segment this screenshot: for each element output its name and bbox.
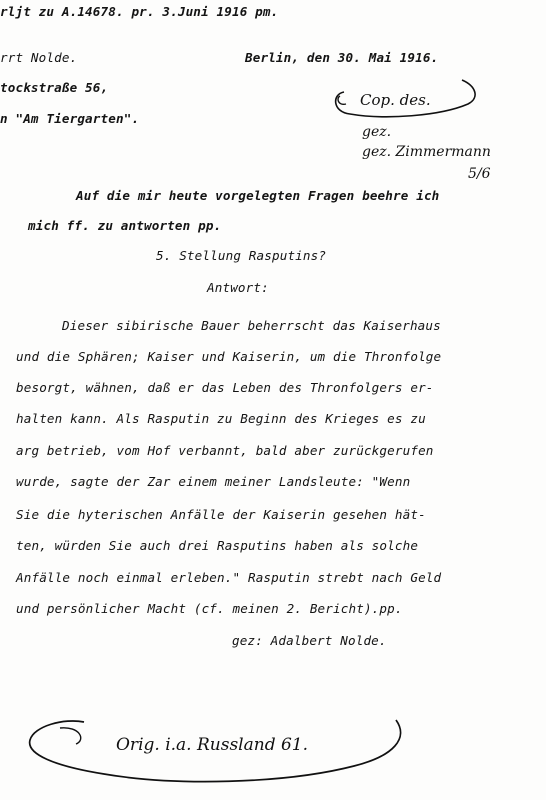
place-date: Berlin, den 30. Mai 1916. <box>245 50 438 66</box>
reference-header-line: rljt zu A.14678. pr. 3.Juni 1916 pm. <box>0 4 278 20</box>
svg-text:gez.: gez. <box>362 124 391 140</box>
handwritten-approval: gez. gez. Zimmermann 5/6 <box>340 118 520 188</box>
body-line: halten kann. Als Rasputin zu Beginn des … <box>16 411 426 427</box>
handwritten-filing-note: Orig. i.a. Russland 61. <box>24 718 414 794</box>
body-line: ten, würden Sie auch drei Rasputins habe… <box>16 538 418 554</box>
body-line: Anfälle noch einmal erleben." Rasputin s… <box>16 570 441 586</box>
typed-signature: gez: Adalbert Nolde. <box>232 633 387 649</box>
sender-street: tockstraße 56, <box>0 80 108 96</box>
question-heading: 5. Stellung Rasputins? <box>156 248 326 264</box>
svg-text:Cop. des.: Cop. des. <box>360 91 431 109</box>
svg-text:Orig. i.a. Russland 61.: Orig. i.a. Russland 61. <box>116 735 308 755</box>
body-line: Sie die hyterischen Anfälle der Kaiserin… <box>16 507 426 523</box>
svg-text:5/6: 5/6 <box>468 166 491 182</box>
body-line: wurde, sagte der Zar einem meiner Landsl… <box>16 474 410 490</box>
svg-text:gez. Zimmermann: gez. Zimmermann <box>362 144 491 160</box>
body-line: Dieser sibirische Bauer beherrscht das K… <box>62 318 441 334</box>
intro-line-1: Auf die mir heute vorgelegten Fragen bee… <box>76 188 439 204</box>
handwritten-copy-note: Cop. des. <box>330 78 480 122</box>
sender-name: rrt Nolde. <box>0 50 77 66</box>
body-line: arg betrieb, vom Hof verbannt, bald aber… <box>16 443 434 459</box>
answer-label: Antwort: <box>207 280 269 296</box>
intro-line-2: mich ff. zu antworten pp. <box>28 218 221 234</box>
body-line: besorgt, wähnen, daß er das Leben des Th… <box>16 380 434 396</box>
sender-place: n "Am Tiergarten". <box>0 111 139 127</box>
body-line: und die Sphären; Kaiser und Kaiserin, um… <box>16 349 441 365</box>
body-line: und persönlicher Macht (cf. meinen 2. Be… <box>16 601 403 617</box>
scanned-document-page: rljt zu A.14678. pr. 3.Juni 1916 pm. rrt… <box>0 0 546 800</box>
